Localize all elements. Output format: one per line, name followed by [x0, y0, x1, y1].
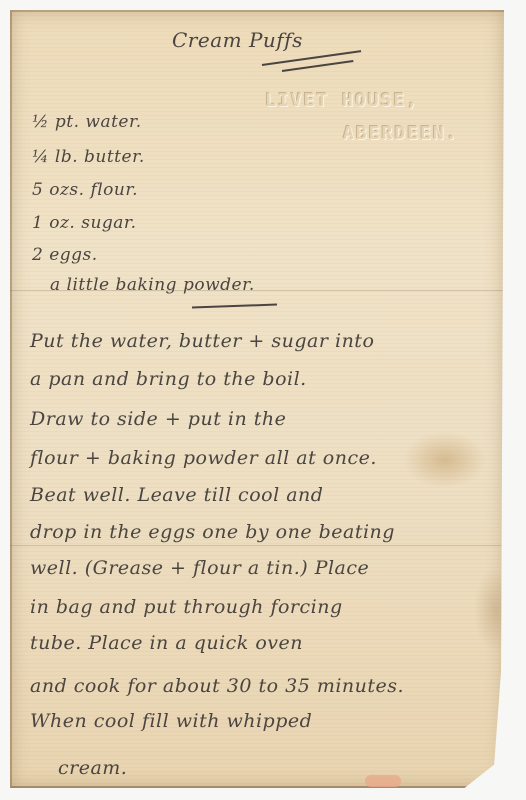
method-line: drop in the eggs one by one beating — [30, 521, 395, 543]
letterhead-line-1: LIVET HOUSE, — [265, 90, 419, 111]
letterhead-line-2: ABERDEEN. — [343, 123, 459, 144]
ingredient-item: a little baking powder. — [50, 275, 255, 295]
ingredient-item: ½ pt. water. — [32, 112, 142, 132]
ingredient-item: 1 oz. sugar. — [32, 213, 137, 233]
method-line: flour + baking powder all at once. — [30, 447, 377, 469]
ingredient-item: ¼ lb. butter. — [32, 147, 145, 167]
method-line: well. (Grease + flour a tin.) Place — [30, 557, 369, 579]
ingredient-item: 5 ozs. flour. — [32, 180, 138, 200]
method-line: cream. — [58, 757, 127, 779]
ingredient-item: 2 eggs. — [32, 245, 98, 265]
method-line: tube. Place in a quick oven — [30, 632, 303, 654]
method-line: When cool fill with whipped — [30, 710, 312, 732]
fold-line — [10, 545, 504, 546]
method-line: a pan and bring to the boil. — [30, 368, 307, 390]
method-line: Draw to side + put in the — [30, 408, 286, 430]
method-line: Put the water, butter + sugar into — [30, 330, 374, 352]
method-line: Beat well. Leave till cool and — [30, 484, 323, 506]
recipe-title: Cream Puffs — [172, 28, 303, 52]
stain — [365, 775, 401, 787]
method-line: and cook for about 30 to 35 minutes. — [30, 675, 404, 697]
method-line: in bag and put through forcing — [30, 596, 343, 618]
